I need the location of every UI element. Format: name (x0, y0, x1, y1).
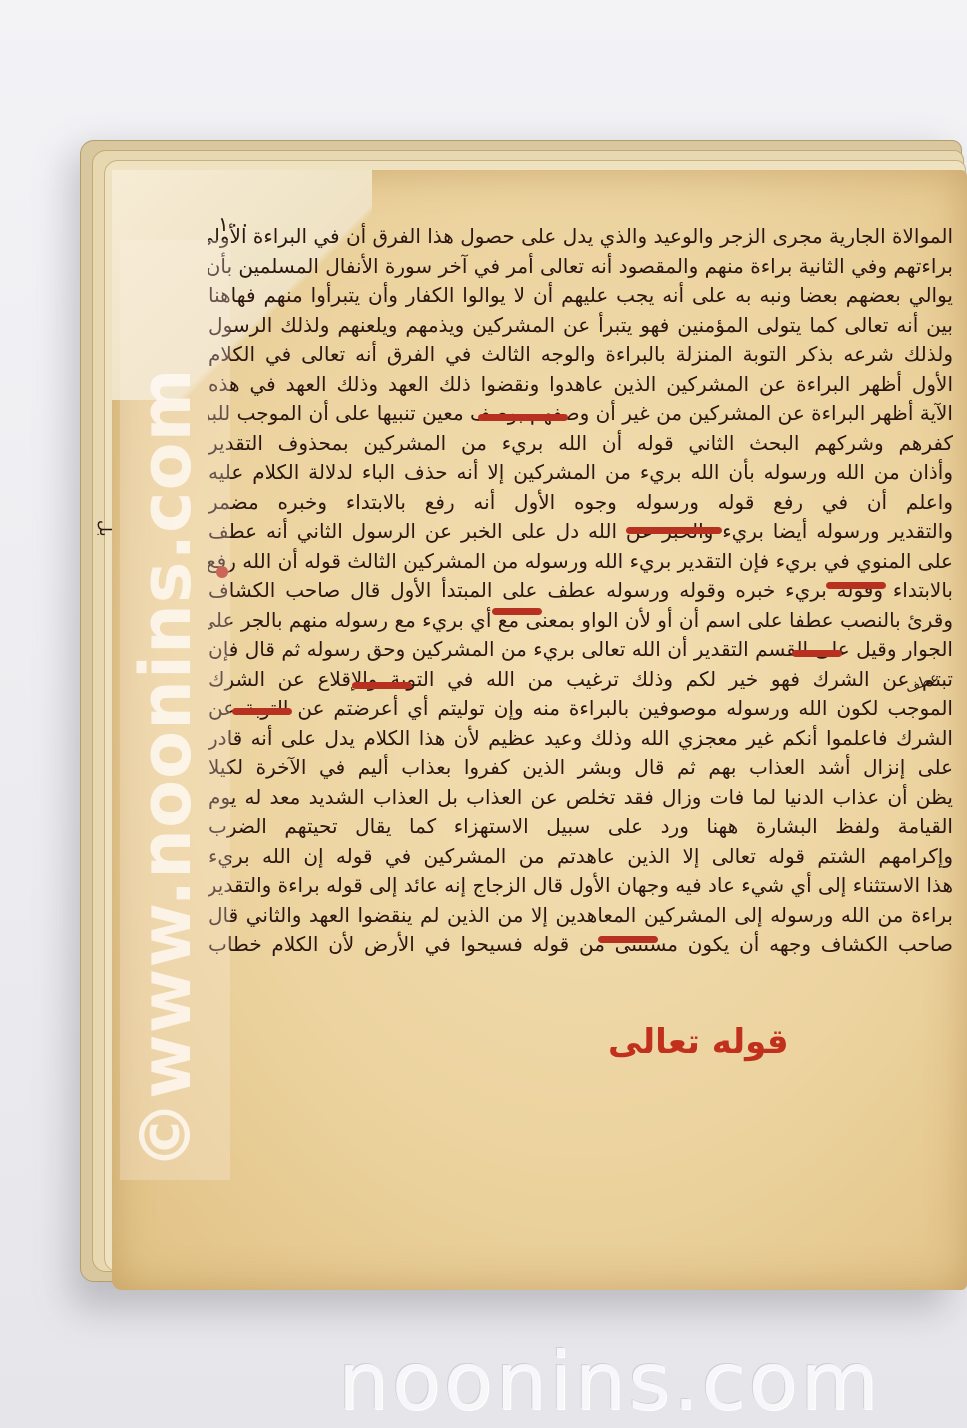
text-line: الأول أظهر البراءة عن المشركين الذين عاه… (208, 370, 953, 400)
rubric-mark (232, 708, 292, 715)
text-line: القيامة ولفظ البشارة ههنا ورد على سبيل ا… (208, 812, 953, 842)
text-line: واعلم أن في رفع قوله ورسوله وجوه الأول أ… (208, 488, 953, 518)
text-line: هذا الاستثناء إلى أي شيء عاد فيه وجهان ا… (208, 871, 953, 901)
rubric-mark (352, 682, 412, 689)
text-line: وإكرامهم الشتم قوله تعالى إلا الذين عاهد… (208, 842, 953, 872)
text-line: صاحب الكشاف وجهه أن يكون مستثنى من قوله … (208, 930, 953, 960)
text-line: كفرهم وشركهم البحث الثاني قوله أن الله ب… (208, 429, 953, 459)
text-line: وأذان من الله ورسوله بأن الله بريء من ال… (208, 458, 953, 488)
text-line: يظن أن عذاب الدنيا لما فات وزال فقد تخلص… (208, 783, 953, 813)
text-line: على إنزال أشد العذاب بهم ثم قال وبشر الذ… (208, 753, 953, 783)
text-line: على المنوي في بريء فإن التقدير بريء الله… (208, 547, 953, 577)
text-line: ولذلك شرعه بذكر التوبة المنزلة بالبراءة … (208, 340, 953, 370)
bottom-watermark: noonins.com (338, 1335, 881, 1428)
rubric-mark (826, 582, 886, 589)
rubric-heading: قوله تعالى (608, 1022, 789, 1062)
text-line: الموجب لكون الله ورسوله موصوفين بالبراءة… (208, 694, 953, 724)
text-line: والتقدير ورسوله أيضا بريء والخبر عن الله… (208, 517, 953, 547)
rubric-mark (492, 608, 542, 615)
text-line: يوالي بعضهم بعضا ونبه به على أنه يجب علي… (208, 281, 953, 311)
text-line: الجوار وقيل على القسم التقدير أن الله تع… (208, 635, 953, 665)
text-line: تبتم عن الشرك فهو خير لكم وذلك ترغيب من … (208, 665, 953, 695)
text-line: الموالاة الجارية مجرى الزجر والوعيد والذ… (208, 222, 953, 252)
rubric-mark (478, 414, 568, 421)
text-line: الشرك فاعلموا أنكم غير معجزي الله وذلك و… (208, 724, 953, 754)
text-line: براءتهم وفي الثانية براءة منهم والمقصود … (208, 252, 953, 282)
rubric-mark (792, 650, 842, 657)
vertical-watermark: ©www.noonins.com (125, 367, 207, 1170)
rubric-mark (598, 936, 658, 943)
text-line: براءة من الله ورسوله إلى المشركين المعاه… (208, 901, 953, 931)
text-line: وقرئ بالنصب عطفا على اسم أن أو لأن الواو… (208, 606, 953, 636)
text-line: الآية أظهر البراءة عن المشركين من غير أن… (208, 399, 953, 429)
text-line: بالابتداء وقوله بريء خبره وقوله ورسوله ع… (208, 576, 953, 606)
rubric-mark (626, 527, 722, 534)
manuscript-text: الموالاة الجارية مجرى الزجر والوعيد والذ… (208, 222, 953, 960)
text-line: بين أنه تعالى كما يتولى المؤمنين فهو يتب… (208, 311, 953, 341)
left-margin-note: بل (96, 520, 115, 537)
